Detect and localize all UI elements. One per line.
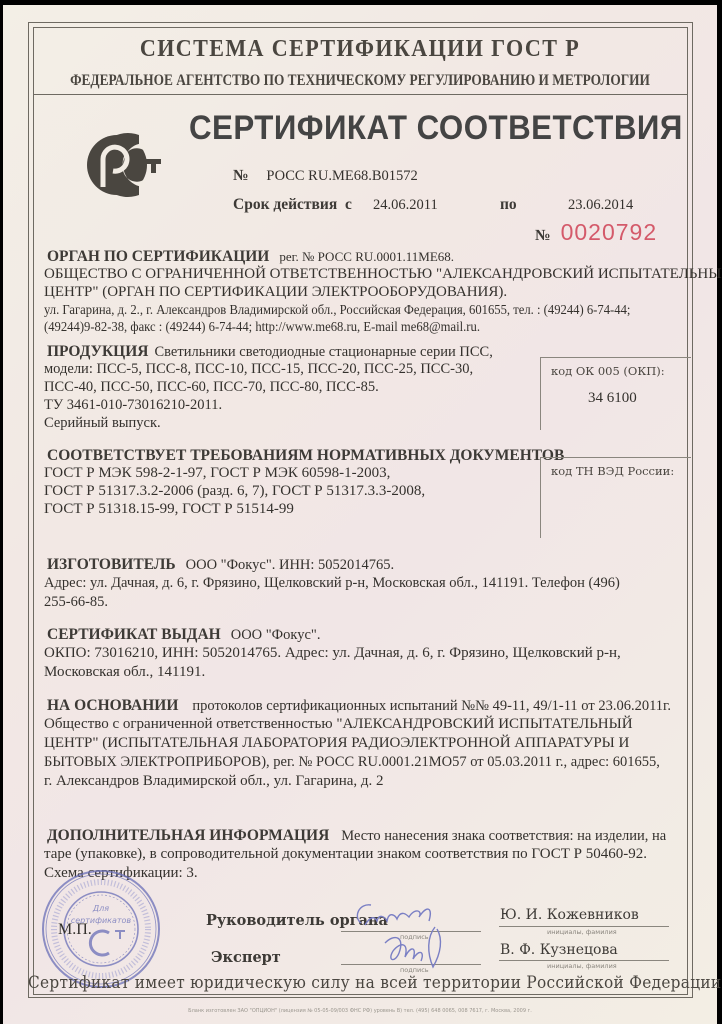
agency-name: ФЕДЕРАЛЬНОЕ АГЕНТСТВО ПО ТЕХНИЧЕСКОМУ РЕ… xyxy=(53,72,667,90)
conformity-line: ГОСТ Р 51318.15-99, ГОСТ Р 51514-99 xyxy=(44,501,294,518)
certification-body-reg: рег. № РОСС RU.0001.11МЕ68. xyxy=(279,249,454,264)
okp-code-label: код ОК 005 (ОКП): xyxy=(551,364,665,378)
additional-info-text: Место нанесения знака соответствия: на и… xyxy=(341,828,666,844)
svg-text:Для: Для xyxy=(92,904,109,913)
issued-to-details: ОКПО: 73016210, ИНН: 5052014765. Адрес: … xyxy=(44,645,621,662)
valid-to: 23.06.2014 xyxy=(568,197,633,214)
expert-signature-icon xyxy=(375,923,455,971)
seal-place-label: М.П. xyxy=(58,921,92,939)
tnved-code-box: код ТН ВЭД России: xyxy=(540,457,691,538)
issued-to-label: СЕРТИФИКАТ ВЫДАН xyxy=(47,626,221,643)
manufacturer-address: Адрес: ул. Дачная, д. 6, г. Фрязино, Щел… xyxy=(44,575,620,592)
issued-to-name: ООО "Фокус". xyxy=(231,627,321,643)
basis-line: г. Александров Владимирской обл., ул. Га… xyxy=(44,773,384,790)
okp-code-value: 34 6100 xyxy=(588,390,637,407)
certification-body-contacts: (49244)9-82-38, факс : (49244) 6-74-44; … xyxy=(44,319,480,335)
system-title: СИСТЕМА СЕРТИФИКАЦИИ ГОСТ Р xyxy=(32,36,689,63)
number-sign: № xyxy=(233,167,249,184)
rst-mark-icon xyxy=(83,129,173,201)
head-name-line xyxy=(499,926,669,927)
legal-force-statement: Сертификат имеет юридическую силу на все… xyxy=(28,973,692,992)
conformity-line: ГОСТ Р 51317.3.2-2006 (разд. 6, 7), ГОСТ… xyxy=(44,483,425,500)
product-line: ПСС-40, ПСС-50, ПСС-60, ПСС-70, ПСС-80, … xyxy=(44,379,379,396)
additional-info-label: ДОПОЛНИТЕЛЬНАЯ ИНФОРМАЦИЯ xyxy=(47,827,329,844)
print-fine-print: Бланк изготовлен ЗАО "ОПЦИОН" (лицензия … xyxy=(3,1008,717,1014)
product-description: Светильники светодиодные стационарные се… xyxy=(155,344,493,360)
issued-to-region: Московская обл., 141191. xyxy=(44,664,205,681)
blank-number-sign: № xyxy=(535,227,551,244)
additional-info-line: таре (упаковке), в сопроводительной доку… xyxy=(44,846,647,863)
product-line: Серийный выпуск. xyxy=(44,415,161,432)
to-label: по xyxy=(500,196,517,214)
expert-name-caption: инициалы, фамилия xyxy=(547,962,617,970)
manufacturer-label: ИЗГОТОВИТЕЛЬ xyxy=(47,556,176,573)
certification-body-address: ул. Гагарина, д. 2., г. Александров Влад… xyxy=(44,302,630,318)
expert-name-line xyxy=(499,960,669,961)
basis-line: ЦЕНТР" (ИСПЫТАТЕЛЬНАЯ ЛАБОРАТОРИЯ РАДИОЭ… xyxy=(44,735,629,752)
basis-label: НА ОСНОВАНИИ xyxy=(47,697,178,714)
blank-number: 0020792 xyxy=(561,219,658,245)
head-name: Ю. И. Кожевников xyxy=(500,907,639,923)
valid-from: 24.06.2011 xyxy=(373,197,438,214)
certification-body-line: ОБЩЕСТВО С ОГРАНИЧЕННОЙ ОТВЕТСТВЕННОСТЬЮ… xyxy=(44,266,722,283)
validity-label: Срок действия с xyxy=(233,196,352,213)
product-line: модели: ПСС-5, ПСС-8, ПСС-10, ПСС-15, ПС… xyxy=(44,361,473,378)
conformity-line: ГОСТ Р МЭК 598-2-1-97, ГОСТ Р МЭК 60598-… xyxy=(44,465,390,482)
okp-code-box: код ОК 005 (ОКП): 34 6100 xyxy=(540,357,691,430)
expert-label: Эксперт xyxy=(211,949,281,966)
tnved-code-label: код ТН ВЭД России: xyxy=(551,464,674,478)
product-line: ТУ 3461-010-73016210-2011. xyxy=(44,397,222,414)
certificate-number: РОСС RU.МЕ68.В01572 xyxy=(266,168,417,184)
certification-body-line: ЦЕНТР" (ОРГАН ПО СЕРТИФИКАЦИИ ЭЛЕКТРООБО… xyxy=(44,284,507,301)
basis-protocols: протоколов сертификационных испытаний №№… xyxy=(192,698,671,714)
document-title: СЕРТИФИКАТ СООТВЕТСТВИЯ xyxy=(189,109,683,148)
manufacturer-phone: 255-66-85. xyxy=(44,594,108,611)
product-label: ПРОДУКЦИЯ xyxy=(47,343,149,360)
conformity-label: СООТВЕТСТВУЕТ ТРЕБОВАНИЯМ НОРМАТИВНЫХ ДО… xyxy=(47,447,564,465)
certificate-paper: СИСТЕМА СЕРТИФИКАЦИИ ГОСТ Р ФЕДЕРАЛЬНОЕ … xyxy=(3,5,717,1024)
basis-line: БЫТОВЫХ ЭЛЕКТРОПРИБОРОВ), рег. № РОСС RU… xyxy=(44,754,660,771)
certification-body-label: ОРГАН ПО СЕРТИФИКАЦИИ xyxy=(47,248,269,265)
manufacturer-name: ООО "Фокус". ИНН: 5052014765. xyxy=(186,557,395,573)
expert-name: В. Ф. Кузнецова xyxy=(500,942,618,958)
basis-line: Общество с ограниченной ответственностью… xyxy=(44,716,633,733)
head-name-caption: инициалы, фамилия xyxy=(547,928,617,936)
header-divider xyxy=(33,94,688,95)
